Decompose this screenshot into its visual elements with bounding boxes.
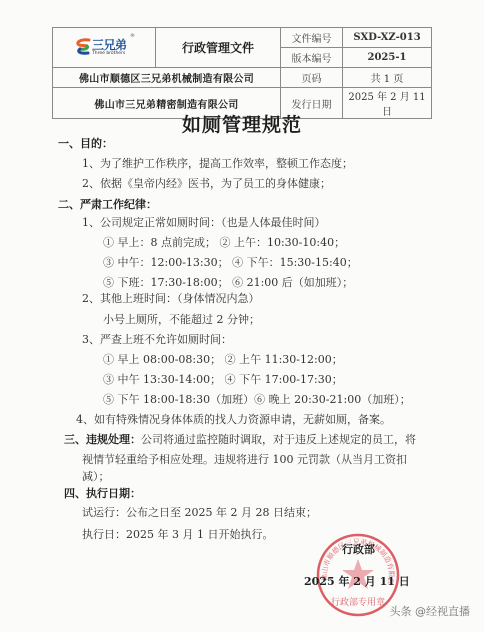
section-2-item-2: 2、其他上班时间：（身体情况内急） [82,292,260,306]
section-3-heading: 三、违规处理： [64,433,141,446]
s-logo-icon [75,38,91,56]
company-logo: 三兄弟 Three brothers ® [73,35,135,61]
stamp-date: 2025 年 2 月 11 日 [304,573,410,589]
section-1-heading: 一、目的： [58,137,113,151]
registered-mark: ® [130,33,135,39]
effective-date: 执行日：2025 年 3 月 1 日开始执行。 [82,528,273,542]
section-3-text-1: 公司将通过监控随时调取，对于违反上述规定的员工，将 [141,433,416,446]
section-2-item-2-sub: 小号上厕所，不能超过 2 分钟； [103,313,260,327]
section-3-text-2: 视情节轻重给予相应处理。违规将进行 100 元罚款（从当月工资扣 [82,453,407,467]
company-name-1: 佛山市顺德区三兄弟机械制造有限公司 [53,68,281,88]
field-value-page: 共 1 页 [343,68,432,88]
field-label-doc-number: 文件编号 [281,28,343,48]
logo-brand-en: Three brothers [92,51,125,56]
doc-type: 行政管理文件 [156,28,281,68]
section-2-item-1: 1、公司规定正常如厕时间：（也是人体最佳时间） [82,216,326,230]
forbidden-time-row-2: ③ 中午 13:30-14:00； ④ 下午 17:00-17:30； [103,373,343,387]
section-2-item-4: 4、如有特殊情况身体体质的找人力资源申请，无薪如厕，备案。 [76,413,391,427]
official-stamp: 佛山市顺德区三兄弟机械制造有限公司 行政部专用章 行政部 2025 年 2 月 … [316,533,400,617]
trial-period: 试运行：公布之日至 2025 年 2 月 28 日结束； [82,506,317,520]
field-label-version: 版本编号 [281,48,343,68]
section-3-text-3: 减）； [82,470,110,484]
field-label-page: 页码 [281,68,343,88]
normal-time-row-1: ① 早上：8 点前完成； ② 上午：10:30-10:40； [103,236,345,250]
stamp-department: 行政部 [342,541,375,557]
field-value-version: 2025-1 [343,48,432,68]
document-title: 如厕管理规范 [0,110,484,137]
source-watermark: 头条 @经视直播 [390,603,471,619]
logo-cell: 三兄弟 Three brothers ® [53,28,156,68]
forbidden-time-row-1: ① 早上 08:00-08:30； ② 上午 11:30-12:00； [103,353,343,367]
normal-time-row-2: ③ 中午：12:00-13:30； ④ 下午：15:30-15:40； [103,256,358,270]
normal-time-row-3: ⑤ 下班：17:30-18:00； ⑥ 21:00 后（如加班）； [103,276,353,290]
section-1-item-2: 2、依据《皇帝内经》医书，为了员工的身体健康； [82,177,331,191]
section-2-item-3: 3、严查上班不允许如厕时间： [82,333,232,347]
document-page: 三兄弟 Three brothers ® 行政管理文件 文件编号 SXD-XZ-… [0,0,484,632]
section-3-line-1: 三、违规处理：公司将通过监控随时调取，对于违反上述规定的员工，将 [64,433,416,447]
forbidden-time-row-3: ⑤ 下午 18:00-18:30（加班）⑥ 晚上 20:30-21:00（加班）… [103,393,411,407]
section-4-heading: 四、执行日期： [64,487,141,501]
document-header-table: 三兄弟 Three brothers ® 行政管理文件 文件编号 SXD-XZ-… [52,27,432,119]
stamp-bottom-text: 行政部专用章 [331,596,385,608]
section-1-item-1: 1、为了维护工作秩序，提高工作效率，整顿工作态度； [82,157,353,171]
section-2-heading: 二、严肃工作纪律： [58,198,157,212]
field-value-doc-number: SXD-XZ-013 [343,28,432,48]
